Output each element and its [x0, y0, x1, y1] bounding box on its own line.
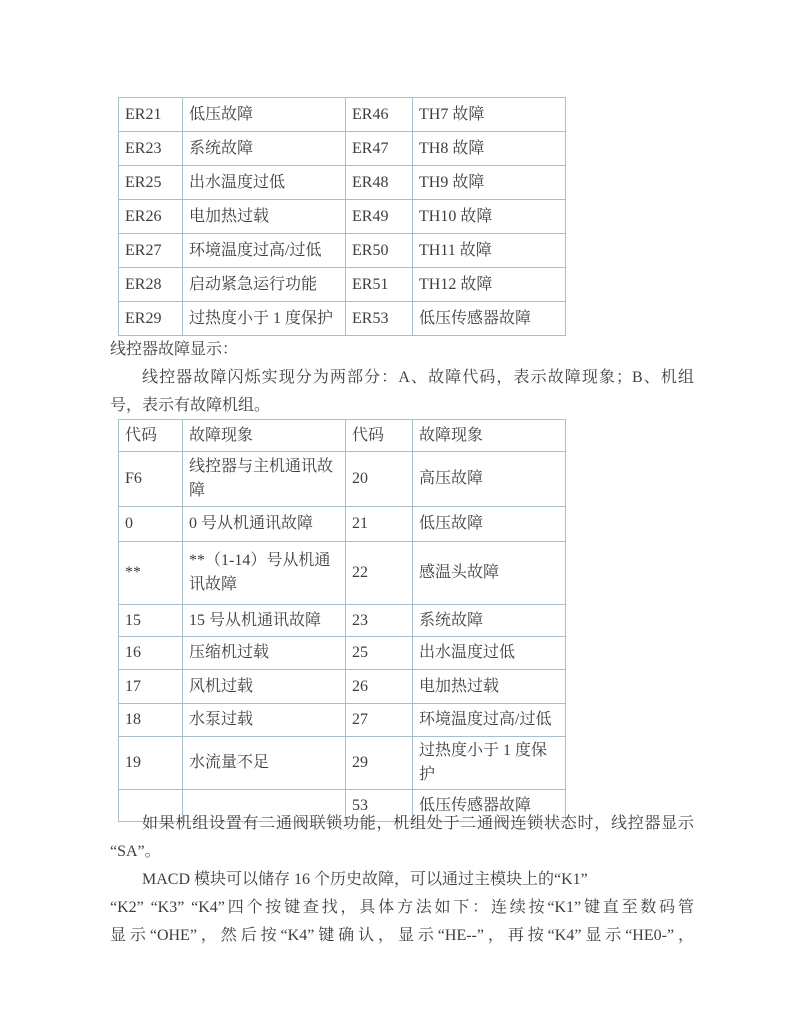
desc-cell: TH8 故障	[413, 132, 566, 166]
paragraph-line: “K2” “K3” “K4”四个按键查找，具体方法如下：连续按“K1”键直至数码…	[110, 894, 694, 922]
table-row: ER27 环境温度过高/过低 ER50 TH11 故障	[119, 234, 566, 268]
code-cell: 18	[119, 704, 183, 737]
table-row: 15 15 号从机通讯故障 23 系统故障	[119, 605, 566, 637]
desc-cell: TH12 故障	[413, 268, 566, 302]
table-row: 16 压缩机过载 25 出水温度过低	[119, 637, 566, 670]
code-cell: 26	[346, 670, 413, 704]
desc-cell: 水泵过载	[183, 704, 346, 737]
desc-cell: 风机过载	[183, 670, 346, 704]
code-cell: 29	[346, 737, 413, 790]
table-row: ER26 电加热过载 ER49 TH10 故障	[119, 200, 566, 234]
code-cell: 21	[346, 507, 413, 542]
code-cell: 27	[346, 704, 413, 737]
code-cell: ER27	[119, 234, 183, 268]
code-cell: ER53	[346, 302, 413, 336]
paragraph-line: 线控器故障显示：	[110, 336, 694, 364]
controller-fault-code-table: 代码 故障现象 代码 故障现象 F6 线控器与主机通讯故障 20 高压故障 0 …	[118, 419, 566, 822]
code-cell: 25	[346, 637, 413, 670]
desc-cell: 水流量不足	[183, 737, 346, 790]
table-row: ER28 启动紧急运行功能 ER51 TH12 故障	[119, 268, 566, 302]
header-cell: 代码	[119, 420, 183, 452]
code-cell: 15	[119, 605, 183, 637]
header-cell: 故障现象	[413, 420, 566, 452]
code-cell: ER46	[346, 98, 413, 132]
code-cell: ER28	[119, 268, 183, 302]
paragraph-line: 显示“OHE”，然后按“K4”键确认，显示“HE--”，再按“K4”显示“HE0…	[110, 922, 694, 950]
desc-cell: 电加热过载	[183, 200, 346, 234]
code-cell: 16	[119, 637, 183, 670]
desc-cell: TH11 故障	[413, 234, 566, 268]
code-cell: ER51	[346, 268, 413, 302]
desc-cell: 电加热过载	[413, 670, 566, 704]
table-row: F6 线控器与主机通讯故障 20 高压故障	[119, 452, 566, 507]
paragraph-line: 如果机组设置有二通阀联锁功能，机组处于二通阀连锁状态时，线控器显示	[110, 810, 694, 838]
macd-history-fault-paragraph: 如果机组设置有二通阀联锁功能，机组处于二通阀连锁状态时，线控器显示 “SA”。 …	[110, 810, 694, 950]
desc-cell: 出水温度过低	[413, 637, 566, 670]
code-cell: **	[119, 542, 183, 605]
code-cell: F6	[119, 452, 183, 507]
code-cell: ER50	[346, 234, 413, 268]
desc-cell: 系统故障	[183, 132, 346, 166]
desc-cell: 线控器与主机通讯故障	[183, 452, 346, 507]
er-fault-code-table: ER21 低压故障 ER46 TH7 故障 ER23 系统故障 ER47 TH8…	[118, 97, 566, 336]
code-cell: ER23	[119, 132, 183, 166]
header-cell: 故障现象	[183, 420, 346, 452]
desc-cell: 过热度小于 1 度保护	[183, 302, 346, 336]
table-row: ER25 出水温度过低 ER48 TH9 故障	[119, 166, 566, 200]
code-cell: 22	[346, 542, 413, 605]
code-cell: ER47	[346, 132, 413, 166]
desc-cell: 启动紧急运行功能	[183, 268, 346, 302]
table-row: 19 水流量不足 29 过热度小于 1 度保护	[119, 737, 566, 790]
code-cell: 17	[119, 670, 183, 704]
header-cell: 代码	[346, 420, 413, 452]
desc-cell: 环境温度过高/过低	[183, 234, 346, 268]
desc-cell: 高压故障	[413, 452, 566, 507]
desc-cell: TH9 故障	[413, 166, 566, 200]
desc-cell: 感温头故障	[413, 542, 566, 605]
code-cell: 23	[346, 605, 413, 637]
code-cell: 19	[119, 737, 183, 790]
desc-cell: 低压传感器故障	[413, 302, 566, 336]
desc-cell: 出水温度过低	[183, 166, 346, 200]
paragraph-line: “SA”。	[110, 838, 694, 866]
wired-controller-fault-paragraph: 线控器故障显示： 线控器故障闪烁实现分为两部分：A、故障代码，表示故障现象；B、…	[110, 336, 694, 420]
code-cell: ER21	[119, 98, 183, 132]
paragraph-line: 线控器故障闪烁实现分为两部分：A、故障代码，表示故障现象；B、机组	[110, 364, 694, 392]
desc-cell: 压缩机过载	[183, 637, 346, 670]
code-cell: 20	[346, 452, 413, 507]
paragraph-line: MACD 模块可以储存 16 个历史故障，可以通过主模块上的“K1”	[110, 866, 694, 894]
desc-cell: 低压故障	[183, 98, 346, 132]
document-page: ER21 低压故障 ER46 TH7 故障 ER23 系统故障 ER47 TH8…	[0, 0, 800, 1035]
table-row: 17 风机过载 26 电加热过载	[119, 670, 566, 704]
code-cell: ER26	[119, 200, 183, 234]
code-cell: ER25	[119, 166, 183, 200]
desc-cell: 过热度小于 1 度保护	[413, 737, 566, 790]
table-header-row: 代码 故障现象 代码 故障现象	[119, 420, 566, 452]
desc-cell: 0 号从机通讯故障	[183, 507, 346, 542]
table-row: ER23 系统故障 ER47 TH8 故障	[119, 132, 566, 166]
desc-cell: **（1-14）号从机通讯故障	[183, 542, 346, 605]
table-row: ** **（1-14）号从机通讯故障 22 感温头故障	[119, 542, 566, 605]
table-row: ER21 低压故障 ER46 TH7 故障	[119, 98, 566, 132]
desc-cell: TH7 故障	[413, 98, 566, 132]
table-row: 0 0 号从机通讯故障 21 低压故障	[119, 507, 566, 542]
code-cell: ER48	[346, 166, 413, 200]
desc-cell: 15 号从机通讯故障	[183, 605, 346, 637]
desc-cell: 环境温度过高/过低	[413, 704, 566, 737]
code-cell: 0	[119, 507, 183, 542]
desc-cell: TH10 故障	[413, 200, 566, 234]
paragraph-line: 号，表示有故障机组。	[110, 392, 694, 420]
desc-cell: 低压故障	[413, 507, 566, 542]
code-cell: ER49	[346, 200, 413, 234]
desc-cell: 系统故障	[413, 605, 566, 637]
table-row: 18 水泵过载 27 环境温度过高/过低	[119, 704, 566, 737]
table-row: ER29 过热度小于 1 度保护 ER53 低压传感器故障	[119, 302, 566, 336]
code-cell: ER29	[119, 302, 183, 336]
